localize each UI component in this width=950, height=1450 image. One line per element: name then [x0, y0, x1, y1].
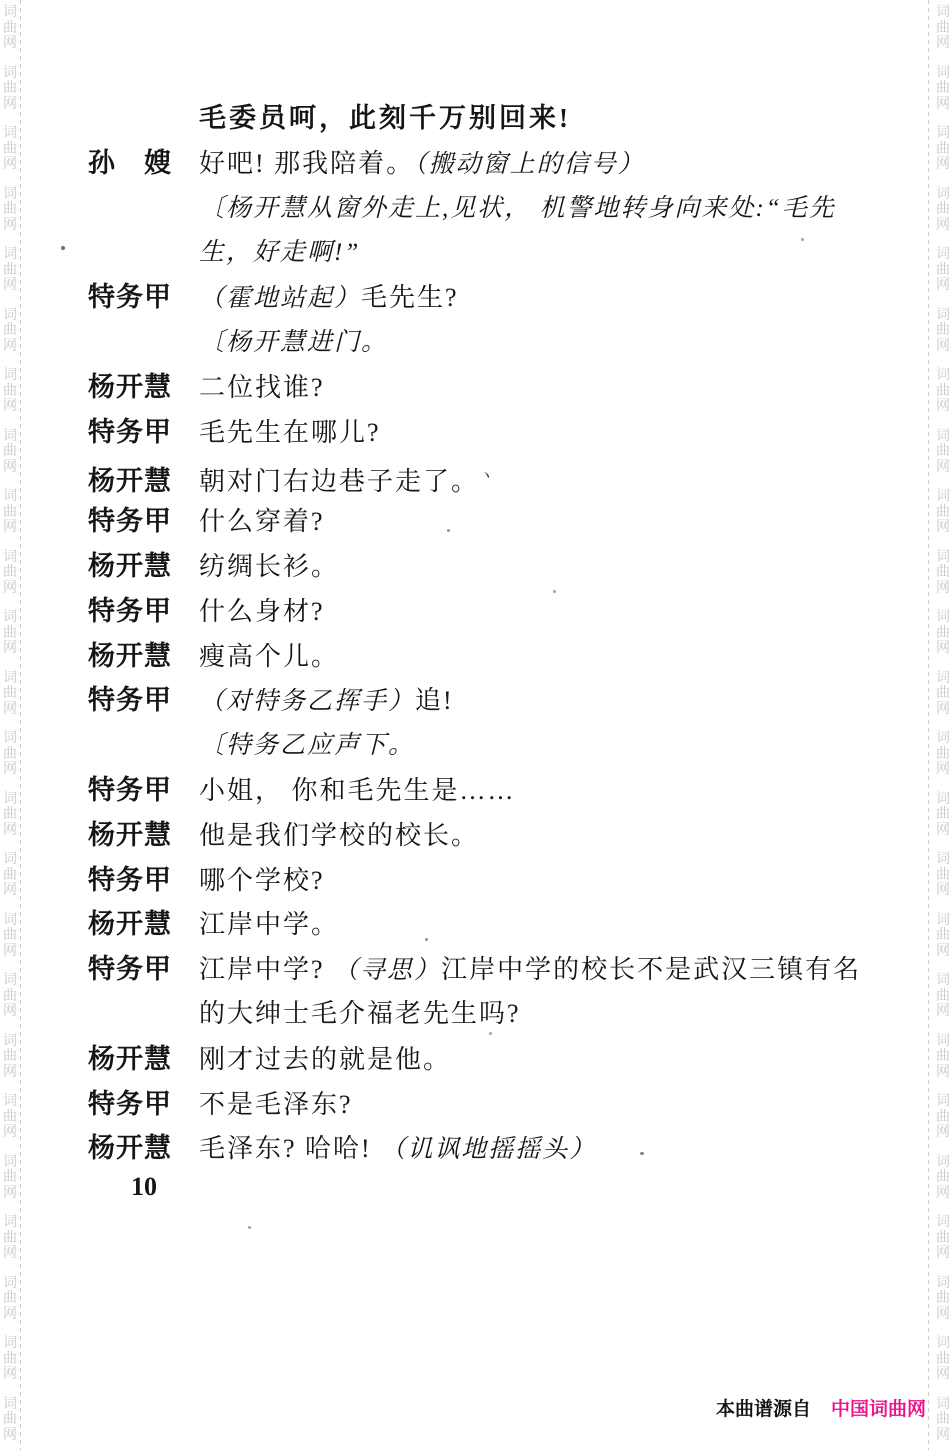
speaker-name: 杨开慧 — [88, 902, 199, 947]
watermark-char: 曲 — [3, 1290, 17, 1306]
line-text: 好吧! 那我陪着。（搬动窗上的信号） — [199, 142, 645, 188]
watermark-char: 曲 — [3, 685, 17, 701]
watermark-char: 网 — [3, 519, 17, 535]
watermark-char: 词 — [3, 1275, 17, 1291]
watermark-char: 网 — [3, 882, 17, 898]
segment-dialogue: 小姐， 你和毛先生是…… — [199, 776, 516, 805]
script-line: 特务甲（霍地站起）毛先生? — [88, 275, 948, 320]
watermark-char: 曲 — [3, 1169, 17, 1185]
watermark-char: 词 — [3, 125, 17, 141]
line-text: 〔杨开慧从窗外走上,见状， 机警地转身向来处:“毛先 — [199, 186, 836, 232]
watermark-char: 词 — [3, 1093, 17, 1109]
watermark-char: 词 — [936, 1214, 950, 1230]
line-text: （霍地站起）毛先生? — [199, 276, 459, 322]
segment-dialogue: 江岸中学? — [199, 955, 333, 984]
watermark-char: 网 — [3, 1185, 17, 1201]
watermark-char: 网 — [3, 459, 17, 475]
line-text: 纺绸长衫。 — [199, 545, 339, 590]
watermark-char: 网 — [936, 1306, 950, 1322]
watermark-group: 词曲网 — [936, 1335, 950, 1382]
segment-dialogue: 瘦高个儿。 — [199, 642, 339, 671]
segment-lyric: 毛委员呵，此刻千万别回来! — [199, 103, 571, 133]
watermark-char: 曲 — [3, 1230, 17, 1246]
segment-direction: （对特务乙挥手） — [199, 688, 415, 715]
script-line: 杨开慧纺绸长衫。 — [88, 544, 948, 589]
script-line: 特务甲小姐， 你和毛先生是…… — [88, 768, 948, 813]
watermark-char: 网 — [3, 1003, 17, 1019]
watermark-char: 网 — [936, 1185, 950, 1201]
scan-speck — [489, 1032, 492, 1035]
line-text: 朝对门右边巷子走了。ヽ — [199, 454, 494, 505]
watermark-char: 曲 — [3, 322, 17, 338]
segment-dialogue: 什么身材? — [199, 597, 325, 626]
segment-dialogue: 毛先生在哪儿? — [199, 418, 381, 447]
watermark-char: 网 — [3, 35, 17, 51]
watermark-char: 词 — [3, 307, 17, 323]
scan-speck — [425, 938, 428, 941]
watermark-char: 词 — [936, 1335, 950, 1351]
watermark-char: 网 — [3, 1245, 17, 1261]
script-line: 〔杨开慧进门。 — [88, 320, 948, 365]
watermark-char: 网 — [3, 761, 17, 777]
segment-direction: 生，好走啊!” — [199, 239, 360, 266]
segment-dialogue: 纺绸长衫。 — [199, 552, 339, 581]
watermark-char: 词 — [3, 912, 17, 928]
watermark-char: 网 — [3, 1064, 17, 1080]
script-line: 〔特务乙应声下。 — [88, 723, 948, 768]
segment-dialogue: 好吧! 那我陪着。 — [199, 149, 414, 178]
watermark-char: 曲 — [3, 201, 17, 217]
line-text: 小姐， 你和毛先生是…… — [199, 769, 516, 814]
segment-mark: ヽ — [479, 468, 494, 484]
watermark-group: 词曲网 — [3, 791, 17, 838]
segment-dialogue: 不是毛泽东? — [199, 1090, 353, 1119]
watermark-group: 词曲网 — [936, 1396, 950, 1443]
script-line: 特务甲不是毛泽东? — [88, 1082, 948, 1127]
line-text: 不是毛泽东? — [199, 1083, 353, 1128]
segment-dialogue: 江岸中学的校长不是武汉三镇有名 — [441, 955, 861, 984]
watermark-group: 词曲网 — [3, 972, 17, 1019]
watermark-char: 曲 — [3, 504, 17, 520]
line-text: 瘦高个儿。 — [199, 635, 339, 680]
watermark-char: 曲 — [3, 806, 17, 822]
watermark-char: 词 — [936, 1275, 950, 1291]
watermark-char: 词 — [3, 428, 17, 444]
watermark-group: 词曲网 — [3, 1275, 17, 1322]
speaker-name: 特务甲 — [88, 858, 199, 903]
watermark-char: 词 — [3, 367, 17, 383]
watermark-char: 曲 — [936, 1230, 950, 1246]
speaker-name: 杨开慧 — [88, 365, 199, 410]
speaker-name: 杨开慧 — [88, 813, 199, 858]
line-text: 毛先生在哪儿? — [199, 411, 381, 456]
segment-direction: 〔杨开慧进门。 — [199, 329, 388, 356]
speaker-name: 特务甲 — [88, 275, 199, 320]
watermark-group: 词曲网 — [3, 4, 17, 51]
line-text: 生，好走啊!” — [199, 230, 360, 276]
watermark-group: 词曲网 — [3, 609, 17, 656]
watermark-char: 曲 — [3, 80, 17, 96]
speaker-name: 杨开慧 — [88, 1037, 199, 1082]
watermark-char: 词 — [3, 670, 17, 686]
watermark-char: 曲 — [3, 625, 17, 641]
watermark-char: 网 — [936, 35, 950, 51]
watermark-char: 词 — [3, 488, 17, 504]
watermark-char: 曲 — [936, 80, 950, 96]
watermark-char: 曲 — [3, 20, 17, 36]
scan-speck — [640, 1152, 644, 1155]
line-text: 二位找谁? — [199, 366, 325, 411]
line-text: 毛泽东? 哈哈! （讥讽地摇摇头） — [199, 1127, 596, 1173]
watermark-char: 网 — [936, 1427, 950, 1443]
watermark-group: 词曲网 — [3, 246, 17, 293]
watermark-char: 网 — [3, 96, 17, 112]
segment-direction: （搬动窗上的信号） — [414, 151, 645, 178]
watermark-char: 曲 — [936, 1169, 950, 1185]
line-text: 刚才过去的就是他。 — [199, 1038, 451, 1083]
segment-dialogue: 他是我们学校的校长。 — [199, 821, 479, 850]
line-text: 哪个学校? — [199, 859, 325, 904]
watermark-column-left: 词曲网词曲网词曲网词曲网词曲网词曲网词曲网词曲网词曲网词曲网词曲网词曲网词曲网词… — [3, 4, 17, 1450]
speaker-name: 特务甲 — [88, 499, 199, 544]
watermark-group: 词曲网 — [936, 1275, 950, 1322]
segment-dialogue: 追! — [415, 686, 454, 715]
watermark-char: 词 — [3, 1033, 17, 1049]
watermark-char: 曲 — [936, 1290, 950, 1306]
watermark-char: 曲 — [3, 1411, 17, 1427]
segment-dialogue: 什么穿着? — [199, 507, 325, 536]
watermark-char: 词 — [936, 65, 950, 81]
watermark-char: 网 — [3, 398, 17, 414]
watermark-char: 曲 — [3, 867, 17, 883]
watermark-char: 网 — [3, 338, 17, 354]
watermark-char: 词 — [3, 1154, 17, 1170]
speaker-name: 特务甲 — [88, 678, 199, 723]
watermark-group: 词曲网 — [3, 428, 17, 475]
watermark-char: 曲 — [3, 1109, 17, 1125]
line-text: 什么穿着? — [199, 500, 325, 545]
watermark-group: 词曲网 — [3, 1033, 17, 1080]
watermark-char: 曲 — [3, 443, 17, 459]
watermark-char: 词 — [3, 609, 17, 625]
speaker-name: 孙 嫂 — [88, 141, 199, 186]
watermark-char: 网 — [3, 1124, 17, 1140]
segment-dialogue: 刚才过去的就是他。 — [199, 1045, 451, 1074]
watermark-char: 词 — [3, 246, 17, 262]
scan-speck — [248, 1226, 251, 1229]
watermark-char: 网 — [3, 1427, 17, 1443]
watermark-char: 曲 — [936, 1411, 950, 1427]
segment-direction: （讥讽地摇摇头） — [380, 1136, 596, 1163]
watermark-group: 词曲网 — [3, 912, 17, 959]
watermark-char: 词 — [3, 4, 17, 20]
watermark-char: 曲 — [3, 262, 17, 278]
watermark-group: 词曲网 — [3, 307, 17, 354]
page-number: 10 — [131, 1172, 157, 1202]
watermark-char: 网 — [3, 822, 17, 838]
scan-speck — [553, 590, 556, 593]
line-text: 〔特务乙应声下。 — [199, 723, 415, 769]
watermark-char: 词 — [3, 791, 17, 807]
script-line: 杨开慧二位找谁? — [88, 365, 948, 410]
line-text: 〔杨开慧进门。 — [199, 320, 388, 366]
watermark-char: 曲 — [3, 746, 17, 762]
watermark-char: 曲 — [936, 1351, 950, 1367]
script-line: 特务甲哪个学校? — [88, 858, 948, 903]
watermark-group: 词曲网 — [3, 1154, 17, 1201]
footer-brand-link[interactable]: 中国词曲网 — [831, 1394, 926, 1421]
line-text: 的大绅士毛介福老先生吗? — [199, 992, 521, 1037]
watermark-char: 网 — [3, 217, 17, 233]
watermark-group: 词曲网 — [3, 549, 17, 596]
speaker-name: 杨开慧 — [88, 544, 199, 589]
watermark-group: 词曲网 — [3, 1214, 17, 1261]
script-line: 杨开慧江岸中学。 — [88, 902, 948, 947]
watermark-group: 词曲网 — [3, 488, 17, 535]
watermark-char: 词 — [3, 65, 17, 81]
script-line: 特务甲什么身材? — [88, 589, 948, 634]
script-line: 杨开慧毛泽东? 哈哈! （讥讽地摇摇头） — [88, 1126, 948, 1171]
scan-speck — [447, 529, 450, 532]
script-page-body: 毛委员呵，此刻千万别回来!孙 嫂好吧! 那我陪着。（搬动窗上的信号）〔杨开慧从窗… — [88, 96, 948, 1171]
watermark-char: 网 — [936, 1366, 950, 1382]
watermark-char: 网 — [3, 943, 17, 959]
script-line: 的大绅士毛介福老先生吗? — [88, 992, 948, 1037]
speaker-name: 特务甲 — [88, 768, 199, 813]
line-text: 什么身材? — [199, 590, 325, 635]
watermark-char: 词 — [936, 1396, 950, 1412]
watermark-char: 词 — [3, 1335, 17, 1351]
watermark-char: 词 — [3, 1396, 17, 1412]
speaker-name: 杨开慧 — [88, 459, 199, 504]
watermark-group: 词曲网 — [3, 367, 17, 414]
line-text: 毛委员呵，此刻千万别回来! — [199, 96, 571, 142]
segment-dialogue: 的大绅士毛介福老先生吗? — [199, 999, 521, 1028]
watermark-char: 网 — [3, 277, 17, 293]
watermark-char: 曲 — [3, 383, 17, 399]
script-line: 特务甲江岸中学? （寻思）江岸中学的校长不是武汉三镇有名 — [88, 947, 948, 992]
script-line: 杨开慧瘦高个儿。 — [88, 634, 948, 679]
watermark-char: 曲 — [3, 1048, 17, 1064]
footer-credit: 本曲谱源自 中国词曲网 — [716, 1394, 926, 1421]
script-line: 孙 嫂好吧! 那我陪着。（搬动窗上的信号） — [88, 141, 948, 186]
script-line: 生，好走啊!” — [88, 230, 948, 275]
watermark-char: 网 — [3, 701, 17, 717]
segment-dialogue: 江岸中学。 — [199, 910, 339, 939]
watermark-char: 曲 — [936, 20, 950, 36]
speaker-name: 特务甲 — [88, 410, 199, 455]
watermark-char: 网 — [3, 580, 17, 596]
script-line: 特务甲毛先生在哪儿? — [88, 410, 948, 455]
watermark-char: 曲 — [3, 141, 17, 157]
script-line: 毛委员呵，此刻千万别回来! — [88, 96, 948, 141]
line-text: （对特务乙挥手）追! — [199, 679, 454, 725]
watermark-char: 词 — [3, 549, 17, 565]
watermark-group: 词曲网 — [3, 1093, 17, 1140]
watermark-group: 词曲网 — [3, 851, 17, 898]
scan-speck — [801, 238, 804, 241]
watermark-group: 词曲网 — [3, 65, 17, 112]
speaker-name: 杨开慧 — [88, 634, 199, 679]
watermark-char: 词 — [3, 1214, 17, 1230]
script-line: 杨开慧朝对门右边巷子走了。ヽ — [88, 454, 948, 499]
watermark-char: 词 — [3, 186, 17, 202]
segment-direction: （寻思） — [333, 957, 441, 984]
speaker-name: 特务甲 — [88, 589, 199, 634]
segment-direction: 〔特务乙应声下。 — [199, 732, 415, 759]
segment-dialogue: 毛泽东? 哈哈! — [199, 1134, 380, 1163]
footer-credit-prefix: 本曲谱源自 — [716, 1394, 811, 1421]
script-line: 特务甲什么穿着? — [88, 499, 948, 544]
watermark-char: 曲 — [3, 1351, 17, 1367]
segment-direction: （霍地站起） — [199, 285, 361, 312]
watermark-char: 词 — [936, 4, 950, 20]
watermark-group: 词曲网 — [3, 186, 17, 233]
segment-dialogue: 朝对门右边巷子走了。 — [199, 467, 479, 496]
watermark-group: 词曲网 — [3, 730, 17, 777]
speaker-name: 杨开慧 — [88, 1126, 199, 1171]
watermark-group: 词曲网 — [3, 125, 17, 172]
segment-dialogue: 毛先生? — [361, 283, 459, 312]
line-text: 江岸中学。 — [199, 903, 339, 948]
script-line: 特务甲（对特务乙挥手）追! — [88, 678, 948, 723]
watermark-group: 词曲网 — [3, 670, 17, 717]
margin-dashed-line-left — [20, 0, 21, 1450]
watermark-group: 词曲网 — [3, 1396, 17, 1443]
speaker-name: 特务甲 — [88, 947, 199, 992]
watermark-char: 网 — [936, 1245, 950, 1261]
watermark-char: 网 — [3, 640, 17, 656]
watermark-char: 曲 — [3, 564, 17, 580]
script-line: 〔杨开慧从窗外走上,见状， 机警地转身向来处:“毛先 — [88, 186, 948, 231]
watermark-char: 曲 — [3, 927, 17, 943]
watermark-group: 词曲网 — [3, 1335, 17, 1382]
watermark-char: 网 — [3, 1366, 17, 1382]
script-line: 杨开慧他是我们学校的校长。 — [88, 813, 948, 858]
segment-direction: 〔杨开慧从窗外走上,见状， 机警地转身向来处:“毛先 — [199, 195, 836, 222]
watermark-char: 词 — [3, 730, 17, 746]
line-text: 江岸中学? （寻思）江岸中学的校长不是武汉三镇有名 — [199, 948, 861, 994]
speaker-name: 特务甲 — [88, 1082, 199, 1127]
watermark-char: 网 — [3, 1306, 17, 1322]
watermark-char: 网 — [3, 156, 17, 172]
watermark-char: 曲 — [3, 988, 17, 1004]
watermark-char: 词 — [3, 972, 17, 988]
script-line: 杨开慧刚才过去的就是他。 — [88, 1037, 948, 1082]
scan-speck — [61, 246, 65, 250]
line-text: 他是我们学校的校长。 — [199, 814, 479, 859]
segment-dialogue: 二位找谁? — [199, 373, 325, 402]
segment-dialogue: 哪个学校? — [199, 866, 325, 895]
watermark-group: 词曲网 — [936, 1214, 950, 1261]
watermark-char: 词 — [3, 851, 17, 867]
watermark-group: 词曲网 — [936, 4, 950, 51]
